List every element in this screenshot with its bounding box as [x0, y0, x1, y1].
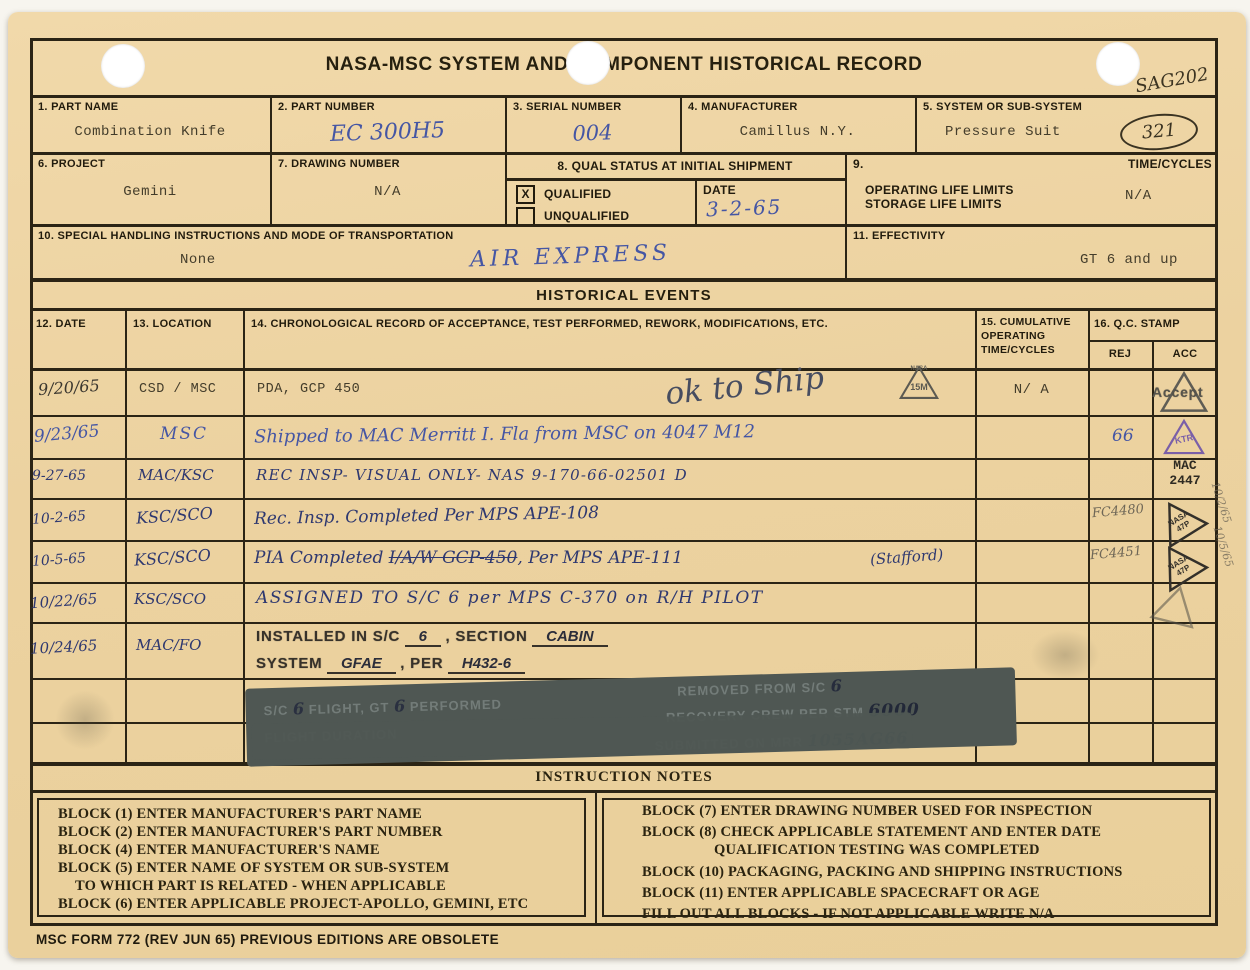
grid-line — [1088, 340, 1218, 342]
smudge-mark — [1030, 630, 1100, 680]
project-value: Gemini — [30, 184, 270, 201]
operating-life-limits-label: OPERATING LIFE LIMITS — [865, 184, 1014, 198]
installed-stamp-line1: INSTALLED IN S/C 6 , SECTION CABIN — [256, 628, 608, 646]
event-record: PIA Completed I/A/W GCP-450, Per MPS APE… — [254, 548, 683, 568]
handwritten-fill: 6 — [405, 628, 441, 647]
record-post: , Per MPS APE-111 — [517, 548, 683, 568]
grid-line — [30, 622, 1218, 624]
grid-line — [30, 498, 1218, 500]
grid-line — [595, 790, 597, 926]
stamp-text: SYSTEM — [256, 655, 322, 672]
note-line: BLOCK (5) ENTER NAME OF SYSTEM OR SUB-SY… — [58, 860, 449, 877]
grid-line — [30, 308, 1218, 311]
rej-subheader: REJ — [1088, 348, 1152, 361]
hole-punch-right — [1096, 42, 1140, 86]
grid-line — [695, 178, 697, 224]
special-handling-typed-value: None — [180, 252, 216, 269]
event-cumulative: N/ A — [975, 382, 1088, 399]
life-limits-value: N/A — [1125, 188, 1152, 205]
handwritten-fill: 6 — [394, 696, 406, 715]
note-line: BLOCK (4) ENTER MANUFACTURER'S NAME — [58, 842, 380, 859]
event-location: MSC — [160, 424, 208, 444]
note-line: BLOCK (1) ENTER MANUFACTURER'S PART NAME — [58, 806, 422, 823]
storage-life-limits-label: STORAGE LIFE LIMITS — [865, 198, 1002, 212]
stamp-text: FLIGHT, GT — [309, 700, 390, 717]
special-handling-label: 10. SPECIAL HANDLING INSTRUCTIONS AND MO… — [38, 230, 453, 243]
event-rej-note: 66 — [1112, 426, 1134, 446]
handwritten-fill: 6 — [293, 699, 305, 718]
grid-line — [30, 95, 1218, 98]
accept-stamp-text: Accept — [1152, 384, 1203, 400]
stamp-text: INSTALLED IN S/C — [256, 628, 400, 645]
grid-line — [30, 368, 1218, 371]
event-date: 10/24/65 — [30, 636, 98, 658]
note-line: BLOCK (2) ENTER MANUFACTURER'S PART NUMB… — [58, 824, 443, 841]
event-record: PDA, GCP 450 — [257, 382, 360, 398]
effectivity-value: GT 6 and up — [1080, 252, 1178, 269]
cumulative-header-line1: 15. CUMULATIVE — [981, 316, 1071, 328]
qc-stamp-header: 16. Q.C. STAMP — [1094, 318, 1180, 331]
hole-punch-left — [101, 44, 145, 88]
qc-accept-stamp-icon: Accept — [1158, 370, 1210, 414]
manufacturer-value: Camillus N.Y. — [680, 124, 915, 141]
time-cycles-label: TIME/CYCLES — [845, 158, 1212, 172]
event-date: 9-27-65 — [32, 468, 86, 484]
qc-acc-stamp: MAC 2447 — [1156, 458, 1214, 488]
cumulative-header-line3: TIME/CYCLES — [981, 344, 1055, 356]
event-location: MAC/KSC — [138, 466, 214, 484]
qc-triangle-stamp-icon: NASA 15M — [898, 364, 940, 401]
qual-date-value: 3-2-65 — [706, 195, 783, 222]
event-record: REC INSP- VISUAL ONLY- NAS 9-170-66-0250… — [256, 466, 688, 484]
stamp-line1: MAC — [1156, 458, 1214, 473]
stamp-text: REMOVED FROM S/C — [677, 680, 826, 699]
grid-line — [30, 224, 1218, 227]
record-column-header: 14. CHRONOLOGICAL RECORD OF ACCEPTANCE, … — [251, 318, 971, 331]
location-column-header: 13. LOCATION — [133, 318, 212, 331]
event-record: ASSIGNED TO S/C 6 per MPS C-370 on R/H P… — [256, 588, 764, 608]
system-value: Pressure Suit — [945, 124, 1061, 141]
record-strikethrough: I/A/W GCP-450 — [389, 548, 518, 568]
redacted-stamp-text: REMOVED FROM S/C 6 — [677, 676, 842, 700]
effectivity-label: 11. EFFECTIVITY — [853, 230, 946, 243]
grid-line — [30, 152, 1218, 155]
qualified-label: QUALIFIED — [544, 188, 611, 202]
note-line: BLOCK (10) PACKAGING, PACKING AND SHIPPI… — [642, 864, 1123, 881]
event-location: KSC/SCO — [134, 590, 206, 608]
event-location: MAC/FO — [136, 636, 201, 654]
qc-triangle-stamp-icon: KTR — [1162, 418, 1206, 456]
hole-punch-center — [566, 41, 610, 85]
note-line: TO WHICH PART IS RELATED - WHEN APPLICAB… — [75, 878, 446, 895]
note-line: BLOCK (8) CHECK APPLICABLE STATEMENT AND… — [642, 824, 1101, 841]
system-label: 5. SYSTEM OR SUB-SYSTEM — [923, 101, 1082, 114]
grid-line — [505, 178, 847, 181]
stamp-top-text: NASA — [902, 366, 936, 372]
drawing-number-label: 7. DRAWING NUMBER — [278, 158, 400, 171]
grid-line — [125, 308, 127, 764]
grid-line — [30, 790, 1218, 793]
stamp-line2: 2447 — [1156, 473, 1214, 488]
stamp-text: , SECTION — [445, 628, 527, 645]
redacted-stamp-text: S/C 6 FLIGHT, GT 6 PERFORMED — [263, 694, 502, 720]
qual-status-label: 8. QUAL STATUS AT INITIAL SHIPMENT — [505, 160, 845, 174]
stamp-text: S/C — [263, 703, 288, 719]
qualified-checkbox: X — [516, 185, 535, 204]
event-location: CSD / MSC — [139, 382, 216, 398]
handwritten-fill: H432-6 — [448, 655, 525, 674]
handwritten-fill: GFAE — [327, 655, 396, 674]
project-label: 6. PROJECT — [38, 158, 105, 171]
instruction-notes-title: INSTRUCTION NOTES — [30, 769, 1218, 786]
form-title: NASA-MSC SYSTEM AND COMPONENT HISTORICAL… — [30, 54, 1218, 76]
note-line: QUALIFICATION TESTING WAS COMPLETED — [714, 842, 1040, 859]
part-name-label: 1. PART NAME — [38, 101, 118, 114]
note-line: BLOCK (7) ENTER DRAWING NUMBER USED FOR … — [642, 803, 1092, 820]
stamp-text: PERFORMED — [410, 697, 502, 715]
acc-subheader: ACC — [1152, 348, 1218, 361]
grid-line — [1088, 308, 1090, 764]
handwritten-fill: 6 — [830, 676, 842, 695]
stamp-text: , PER — [400, 655, 443, 672]
serial-number-label: 3. SERIAL NUMBER — [513, 101, 622, 114]
note-line: BLOCK (11) ENTER APPLICABLE SPACECRAFT O… — [642, 885, 1040, 902]
date-column-header: 12. DATE — [36, 318, 86, 331]
grid-line — [1152, 340, 1154, 764]
drawing-number-value: N/A — [270, 184, 505, 201]
record-pre: PIA Completed — [254, 548, 389, 568]
unqualified-label: UNQUALIFIED — [544, 210, 629, 224]
historical-events-title: HISTORICAL EVENTS — [30, 287, 1218, 304]
installed-stamp-line2: SYSTEM GFAE , PER H432-6 — [256, 655, 525, 673]
cumulative-header-line2: OPERATING — [981, 330, 1045, 342]
grid-line — [30, 540, 1218, 542]
form-number-footer: MSC FORM 772 (REV JUN 65) PREVIOUS EDITI… — [36, 932, 499, 947]
grid-line — [915, 95, 917, 152]
part-number-label: 2. PART NUMBER — [278, 101, 375, 114]
stamp-code-text: 15M — [902, 382, 936, 392]
manufacturer-label: 4. MANUFACTURER — [688, 101, 798, 114]
note-line: FILL OUT ALL BLOCKS - IF NOT APPLICABLE … — [642, 906, 1055, 923]
handwritten-fill: CABIN — [532, 628, 608, 647]
grid-line — [30, 458, 1218, 460]
grid-line — [30, 278, 1218, 282]
grid-line — [30, 762, 1218, 766]
note-line: BLOCK (6) ENTER APPLICABLE PROJECT-APOLL… — [58, 896, 528, 913]
grid-line — [30, 582, 1218, 584]
part-name-value: Combination Knife — [30, 124, 270, 141]
smudge-mark — [55, 690, 115, 750]
grid-line — [30, 415, 1218, 417]
